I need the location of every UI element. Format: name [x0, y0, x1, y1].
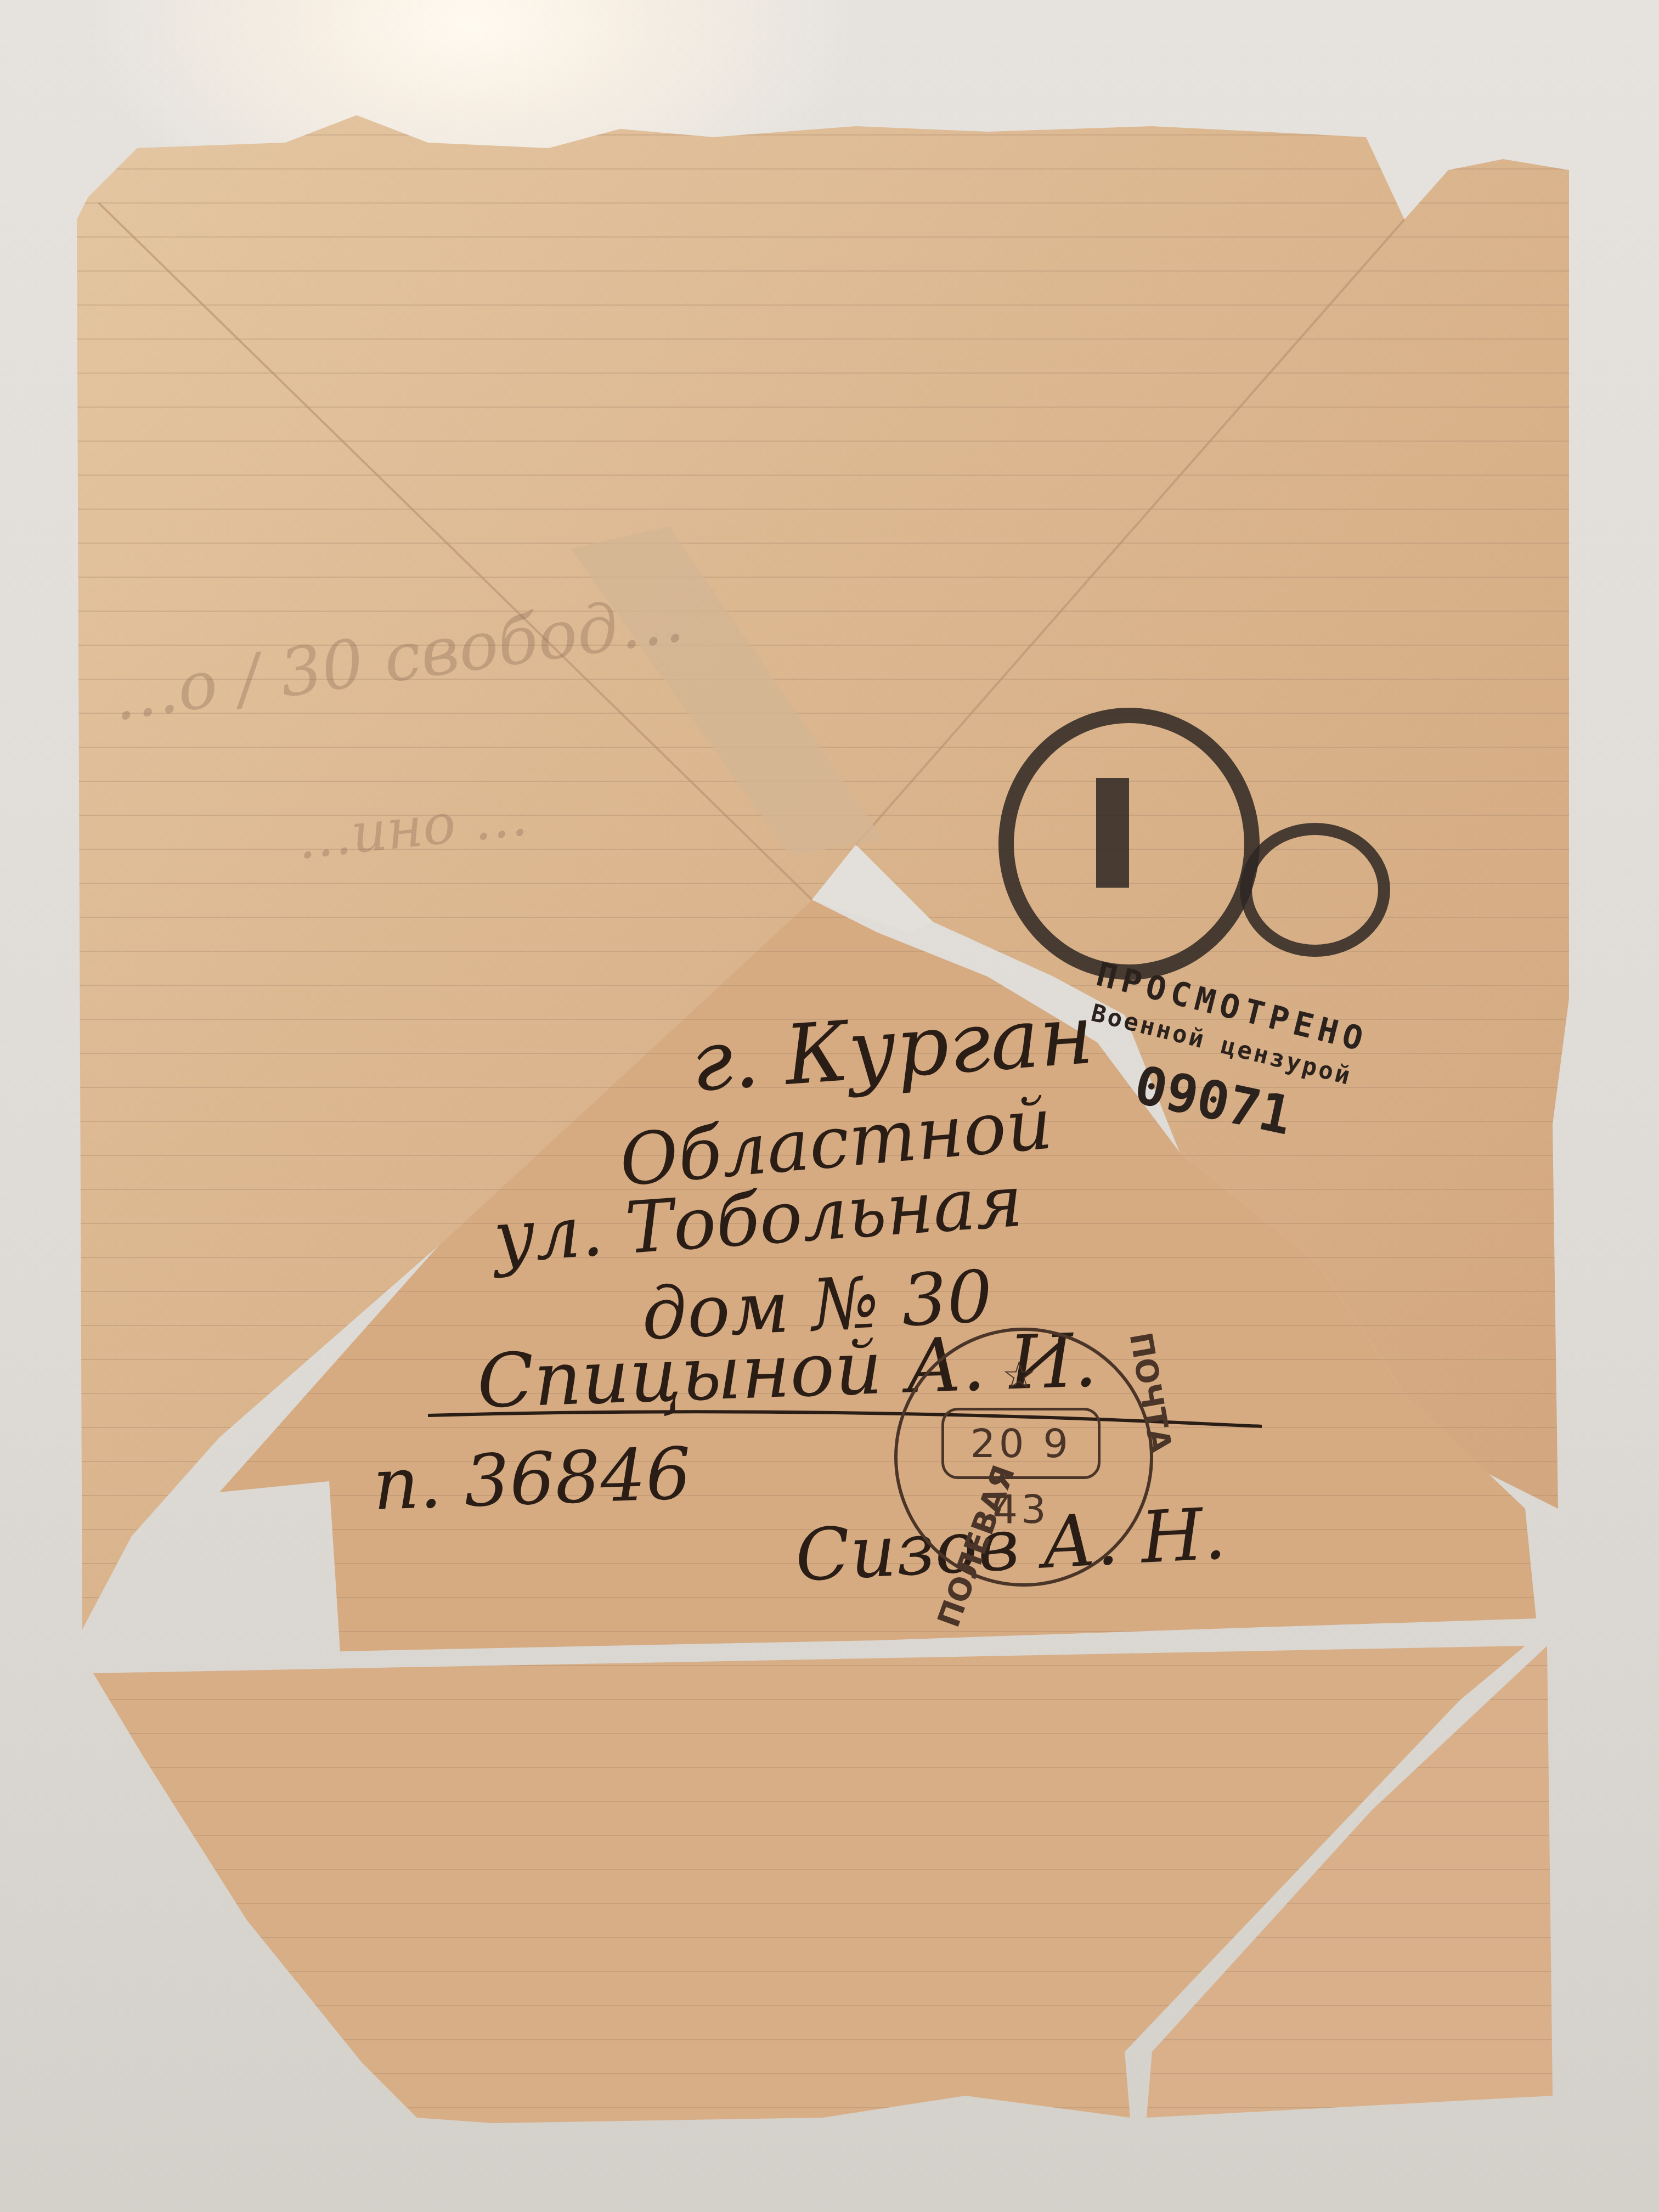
postmark-date: 20 9 43 [941, 1408, 1101, 1479]
field-post-postmark: 20 9 43 ПОЛЕВАЯ ПОЧТА ☆ [894, 1328, 1153, 1587]
censor-seal-small [1240, 823, 1390, 957]
star-icon: ☆ [1002, 1353, 1036, 1398]
sender-field-post: п. 36846 [371, 1432, 692, 1526]
censor-seal-large [998, 708, 1260, 980]
photo-scene: …о / 30 свобод… …ино … г. Курган Областн… [0, 0, 1659, 2212]
censor-seal-mark [1096, 778, 1129, 888]
